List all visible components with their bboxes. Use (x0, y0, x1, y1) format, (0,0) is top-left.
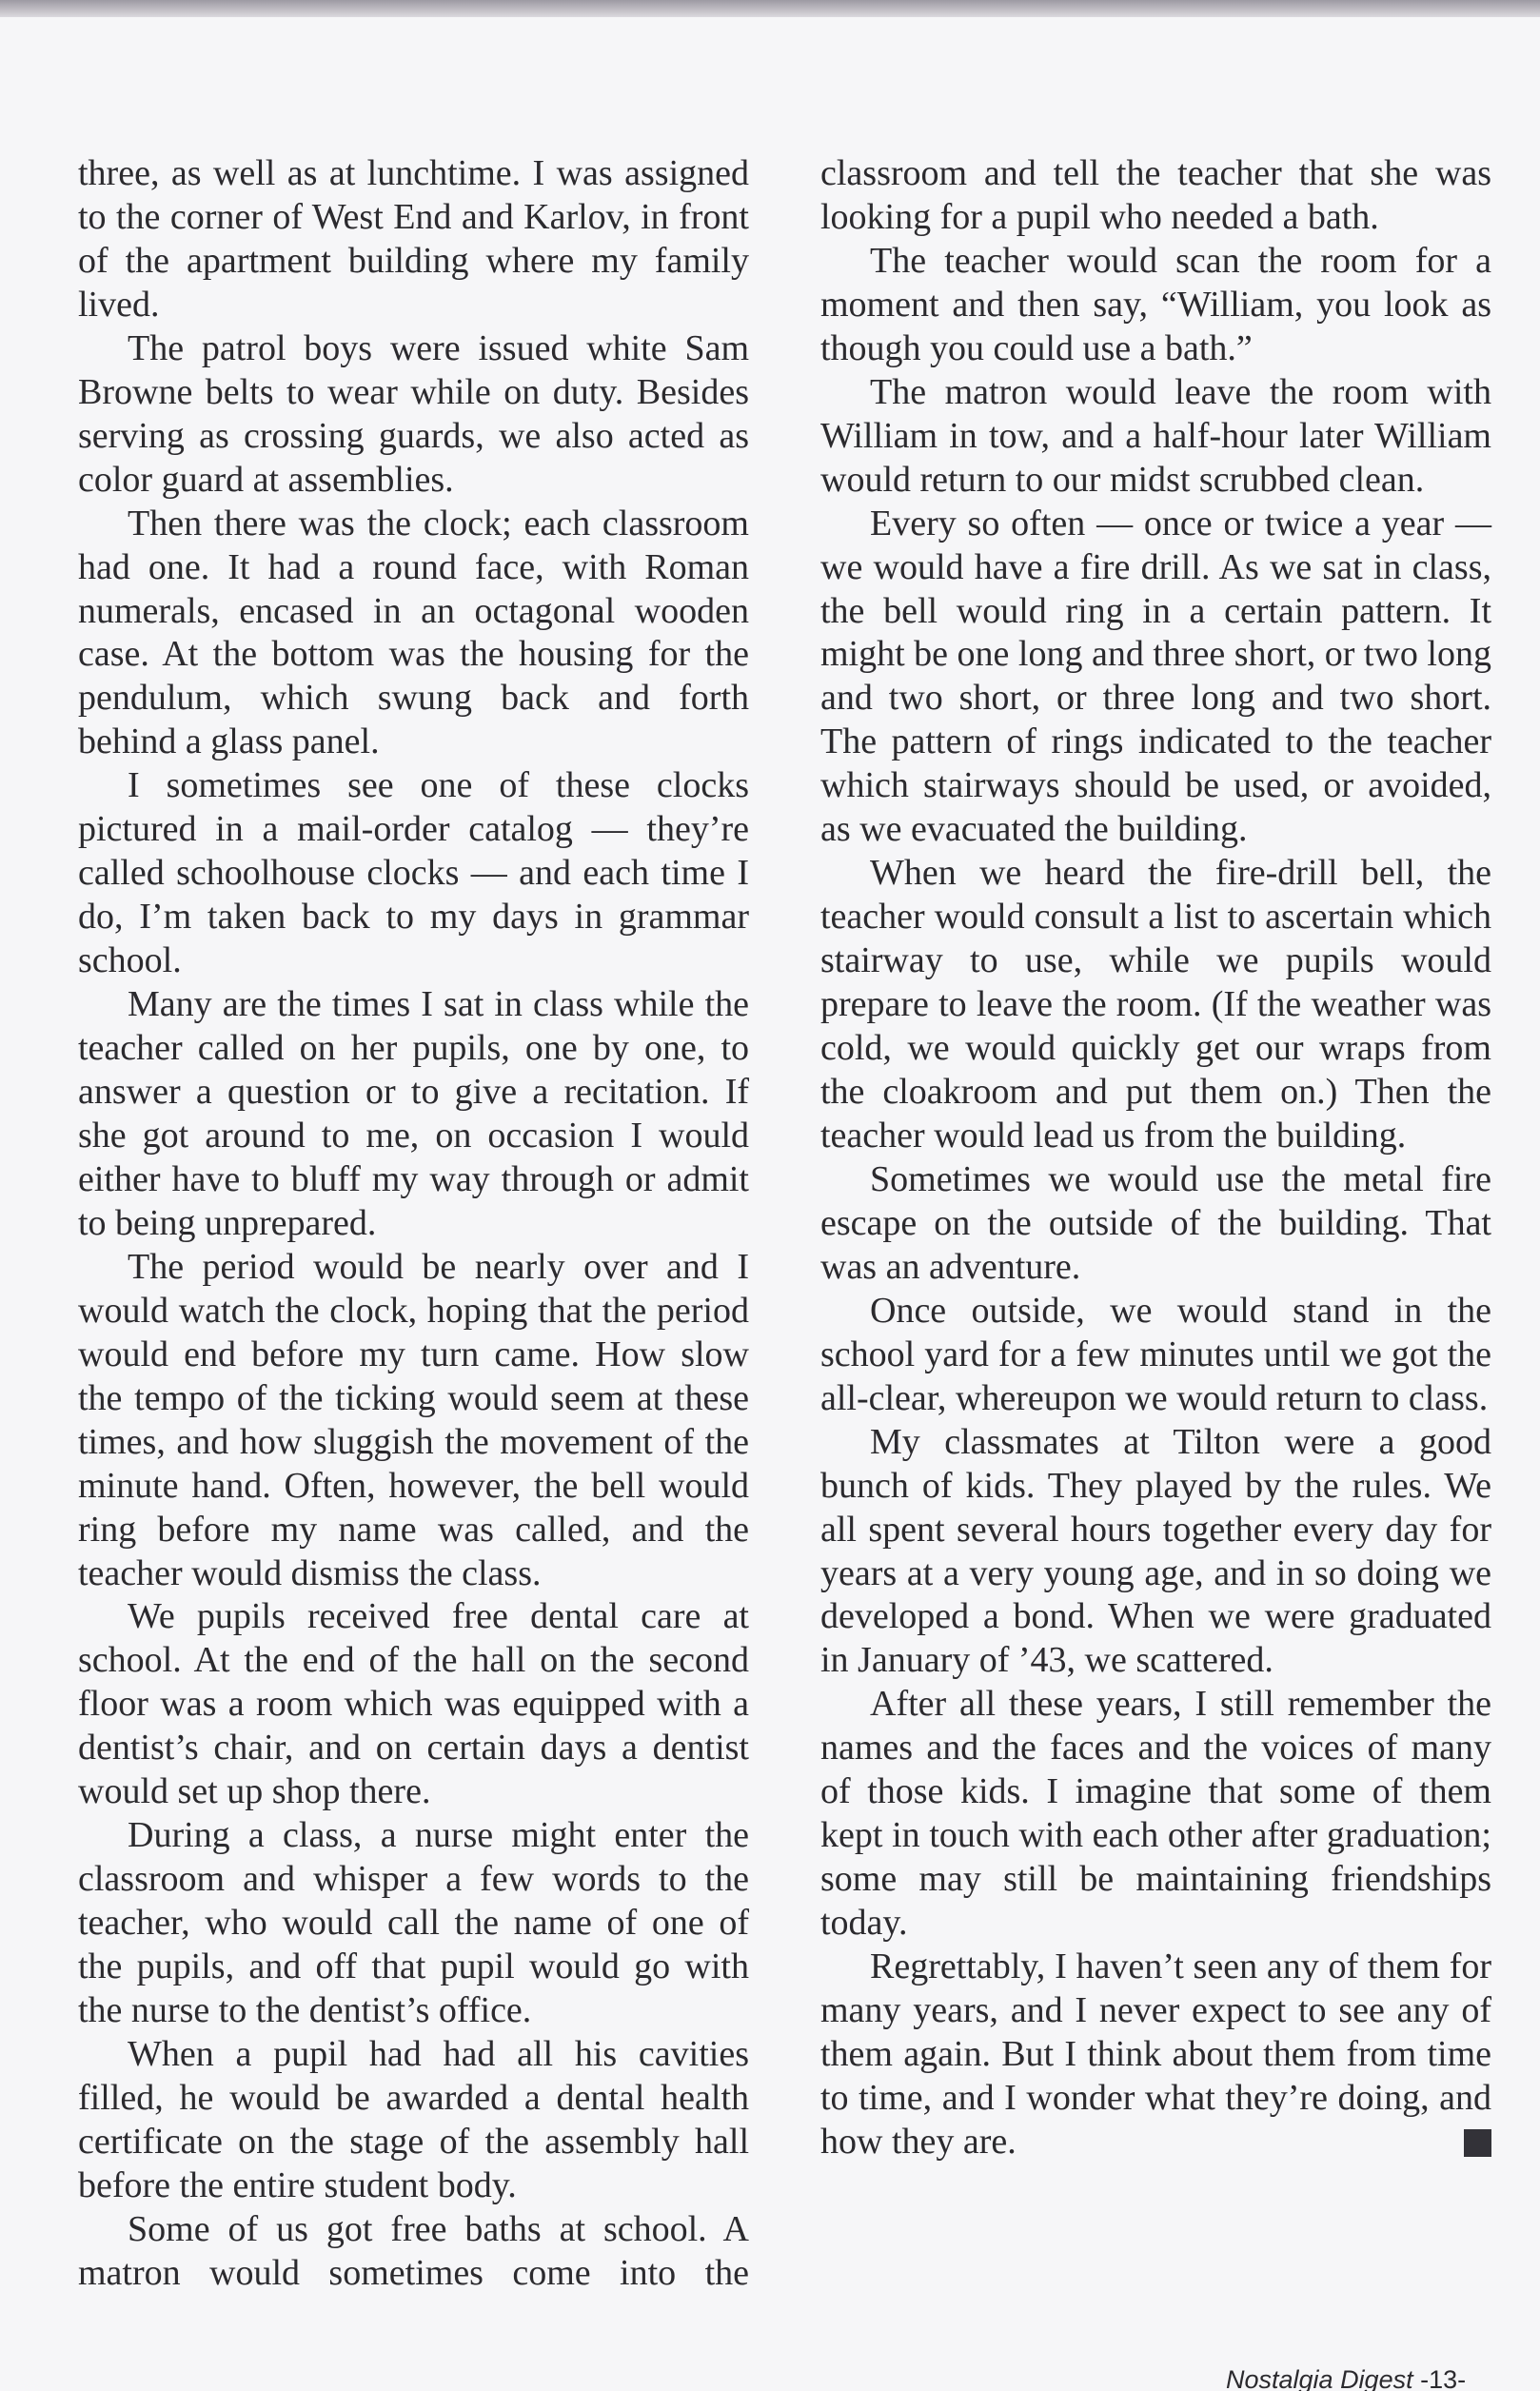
paragraph: After all these years, I still remember … (820, 1683, 1491, 1946)
magazine-page: three, as well as at lunchtime. I was as… (0, 17, 1540, 2391)
paragraph: Then there was the clock; each classroom… (78, 503, 749, 765)
paragraph: When we heard the fire-drill bell, the t… (820, 852, 1491, 1158)
paragraph: When a pupil had had all his cavities fi… (78, 2033, 749, 2208)
paragraph: My classmates at Tilton were a good bunc… (820, 1421, 1491, 1684)
page-number: -13- (1420, 2365, 1466, 2391)
paragraph: The patrol boys were issued white Sam Br… (78, 327, 749, 503)
page-footer: Nostalgia Digest -13- (1226, 2365, 1466, 2391)
paragraph: three, as well as at lunchtime. I was as… (78, 152, 749, 327)
left-text-column: three, as well as at lunchtime. I was as… (78, 152, 749, 2296)
paragraph: Some of us got free baths at school. A m… (78, 2208, 749, 2296)
right-text-column: classroom and tell the teacher that she … (820, 152, 1491, 2164)
paragraph: Once outside, we would stand in the scho… (820, 1290, 1491, 1421)
paragraph: The period would be nearly over and I wo… (78, 1246, 749, 1596)
paragraph: I sometimes see one of these clocks pict… (78, 764, 749, 983)
final-paragraph-text: Regrettably, I haven’t seen any of them … (820, 1946, 1491, 2162)
end-of-article-square-icon (1464, 2129, 1491, 2157)
paragraph: We pupils received free dental care at s… (78, 1595, 749, 1814)
paragraph: During a class, a nurse might enter the … (78, 1814, 749, 2033)
paragraph: Many are the times I sat in class while … (78, 983, 749, 1246)
paragraph: The teacher would scan the room for a mo… (820, 240, 1491, 371)
paragraph: classroom and tell the teacher that she … (820, 152, 1491, 240)
magazine-title: Nostalgia Digest (1226, 2365, 1413, 2391)
final-paragraph: Regrettably, I haven’t seen any of them … (820, 1946, 1491, 2164)
paragraph: Sometimes we would use the metal fire es… (820, 1158, 1491, 1290)
paragraph: Every so often — once or twice a year — … (820, 503, 1491, 853)
scan-top-edge (0, 0, 1540, 17)
paragraph: The matron would leave the room with Wil… (820, 371, 1491, 503)
